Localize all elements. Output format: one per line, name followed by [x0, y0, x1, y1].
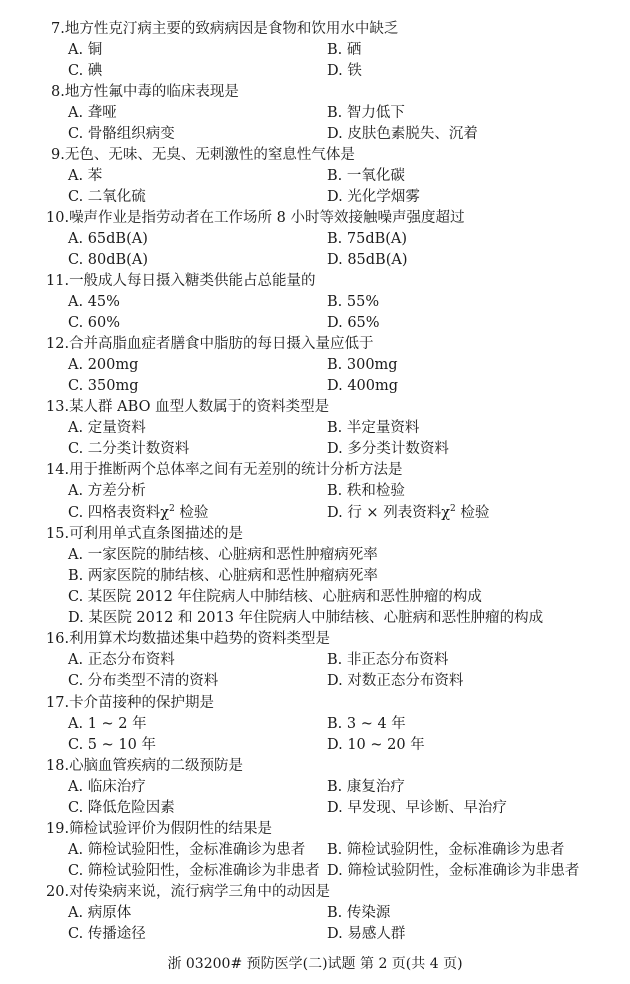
question-text: 某人群 ABO 血型人数属于的资料类型是	[69, 399, 329, 415]
question-text: 对传染病来说，流行病学三角中的动因是	[69, 884, 330, 900]
option-b: B. 55%	[327, 292, 379, 313]
question-text: 卡介苗接种的保护期是	[69, 695, 214, 711]
option-c: C. 筛检试验阳性，金标准确诊为非患者	[68, 861, 320, 882]
question-15: 15.可利用单式直条图描述的是	[46, 524, 243, 545]
option-a: A. 定量资料	[68, 418, 146, 439]
question-18: 18.心脑血管疾病的二级预防是	[46, 756, 243, 777]
option-b: B. 半定量资料	[327, 418, 419, 439]
question-text: 噪声作业是指劳动者在工作场所 8 小时等效接触噪声强度超过	[69, 210, 464, 226]
option-b: B. 非正态分布资料	[327, 650, 448, 671]
option-a: A. 临床治疗	[68, 777, 146, 798]
option-d-text: D. 行 × 列表资料χ	[327, 505, 450, 521]
option-a: A. 筛检试验阳性，金标准确诊为患者	[68, 840, 305, 861]
option-b: B. 两家医院的肺结核、心脏病和恶性肿瘤病死率	[68, 566, 378, 587]
option-b: B. 硒	[327, 40, 361, 61]
option-d: D. 400mg	[327, 376, 398, 397]
question-text: 用于推断两个总体率之间有无差别的统计分析方法是	[69, 462, 403, 478]
option-a: A. 聋哑	[68, 103, 117, 124]
option-c: C. 骨骼组织病变	[68, 124, 175, 145]
question-number: 13.	[46, 399, 69, 415]
question-number: 20.	[46, 884, 69, 900]
option-a: A. 一家医院的肺结核、心脏病和恶性肿瘤病死率	[68, 545, 378, 566]
option-a: A. 病原体	[68, 903, 131, 924]
page-footer: 浙 03200# 预防医学(二)试题 第 2 页(共 4 页)	[0, 954, 630, 974]
question-17: 17.卡介苗接种的保护期是	[46, 693, 214, 714]
option-c: C. 四格表资料χ2 检验	[68, 503, 208, 524]
question-10: 10.噪声作业是指劳动者在工作场所 8 小时等效接触噪声强度超过	[46, 208, 465, 229]
question-text: 地方性克汀病主要的致病病因是食物和饮用水中缺乏	[65, 21, 399, 37]
question-8: 8.地方性氟中毒的临床表现是	[51, 82, 239, 103]
option-a: A. 正态分布资料	[68, 650, 175, 671]
question-11: 11.一般成人每日摄入糖类供能占总能量的	[46, 271, 316, 292]
question-text: 无色、无味、无臭、无刺激性的窒息性气体是	[65, 147, 355, 163]
option-d: D. 行 × 列表资料χ2 检验	[327, 503, 489, 524]
option-a: A. 方差分析	[68, 481, 146, 502]
option-c: C. 5 ~ 10 年	[68, 735, 156, 756]
option-c: C. 传播途径	[68, 924, 146, 945]
question-text: 心脑血管疾病的二级预防是	[69, 758, 243, 774]
option-c: C. 350mg	[68, 376, 139, 397]
option-c: C. 降低危险因素	[68, 798, 175, 819]
option-a: A. 1 ~ 2 年	[68, 714, 147, 735]
question-text: 可利用单式直条图描述的是	[69, 526, 243, 542]
option-a: A. 苯	[68, 166, 102, 187]
question-number: 10.	[46, 210, 69, 226]
question-14: 14.用于推断两个总体率之间有无差别的统计分析方法是	[46, 460, 403, 481]
option-d: D. 光化学烟雾	[327, 187, 420, 208]
option-b: B. 传染源	[327, 903, 390, 924]
option-d: D. 65%	[327, 313, 380, 334]
option-c: C. 80dB(A)	[68, 250, 148, 271]
option-d: D. 某医院 2012 和 2013 年住院病人中肺结核、心脏病和恶性肿瘤的构成	[68, 608, 543, 629]
option-b: B. 3 ~ 4 年	[327, 714, 406, 735]
option-a: A. 200mg	[68, 355, 138, 376]
question-number: 16.	[46, 631, 69, 647]
option-a: A. 铜	[68, 40, 102, 61]
question-20: 20.对传染病来说，流行病学三角中的动因是	[46, 882, 330, 903]
option-a: A. 65dB(A)	[68, 229, 148, 250]
option-b: B. 秩和检验	[327, 481, 405, 502]
question-text: 利用算术均数描述集中趋势的资料类型是	[69, 631, 330, 647]
question-7: 7.地方性克汀病主要的致病病因是食物和饮用水中缺乏	[51, 19, 398, 40]
option-b: B. 筛检试验阴性，金标准确诊为患者	[327, 840, 564, 861]
question-number: 19.	[46, 821, 69, 837]
question-number: 15.	[46, 526, 69, 542]
option-b: B. 75dB(A)	[327, 229, 407, 250]
question-16: 16.利用算术均数描述集中趋势的资料类型是	[46, 629, 330, 650]
question-number: 7.	[51, 21, 65, 37]
question-12: 12.合并高脂血症者膳食中脂肪的每日摄入量应低于	[46, 334, 374, 355]
option-d: D. 皮肤色素脱失、沉着	[327, 124, 478, 145]
question-number: 12.	[46, 336, 69, 352]
question-text: 筛检试验评价为假阴性的结果是	[69, 821, 272, 837]
option-d: D. 多分类计数资料	[327, 439, 449, 460]
option-d: D. 10 ~ 20 年	[327, 735, 425, 756]
option-d: D. 对数正态分布资料	[327, 671, 463, 692]
option-b: B. 康复治疗	[327, 777, 405, 798]
question-number: 11.	[46, 273, 69, 289]
option-a: A. 45%	[68, 292, 120, 313]
option-c: C. 某医院 2012 年住院病人中肺结核、心脏病和恶性肿瘤的构成	[68, 587, 482, 608]
option-d: D. 铁	[327, 61, 362, 82]
question-19: 19.筛检试验评价为假阴性的结果是	[46, 819, 272, 840]
option-d: D. 早发现、早诊断、早治疗	[327, 798, 507, 819]
option-c: C. 60%	[68, 313, 120, 334]
question-number: 14.	[46, 462, 69, 478]
option-c: C. 分布类型不清的资料	[68, 671, 218, 692]
question-number: 17.	[46, 695, 69, 711]
question-number: 9.	[51, 147, 65, 163]
option-d: D. 易感人群	[327, 924, 405, 945]
option-c: C. 二分类计数资料	[68, 439, 189, 460]
option-b: B. 一氧化碳	[327, 166, 405, 187]
question-number: 18.	[46, 758, 69, 774]
question-text: 地方性氟中毒的临床表现是	[65, 84, 239, 100]
option-d: D. 筛检试验阴性，金标准确诊为非患者	[327, 861, 579, 882]
option-b: B. 智力低下	[327, 103, 405, 124]
option-d: D. 85dB(A)	[327, 250, 408, 271]
option-c: C. 碘	[68, 61, 102, 82]
option-suffix: 检验	[456, 505, 490, 521]
question-text: 合并高脂血症者膳食中脂肪的每日摄入量应低于	[69, 336, 374, 352]
question-13: 13.某人群 ABO 血型人数属于的资料类型是	[46, 397, 329, 418]
question-number: 8.	[51, 84, 65, 100]
question-text: 一般成人每日摄入糖类供能占总能量的	[69, 273, 316, 289]
exam-page: 7.地方性克汀病主要的致病病因是食物和饮用水中缺乏 A. 铜 B. 硒 C. 碘…	[0, 0, 630, 984]
option-c-text: C. 四格表资料χ	[68, 505, 169, 521]
option-c: C. 二氧化硫	[68, 187, 146, 208]
question-9: 9.无色、无味、无臭、无刺激性的窒息性气体是	[51, 145, 355, 166]
option-suffix: 检验	[175, 505, 209, 521]
option-b: B. 300mg	[327, 355, 398, 376]
